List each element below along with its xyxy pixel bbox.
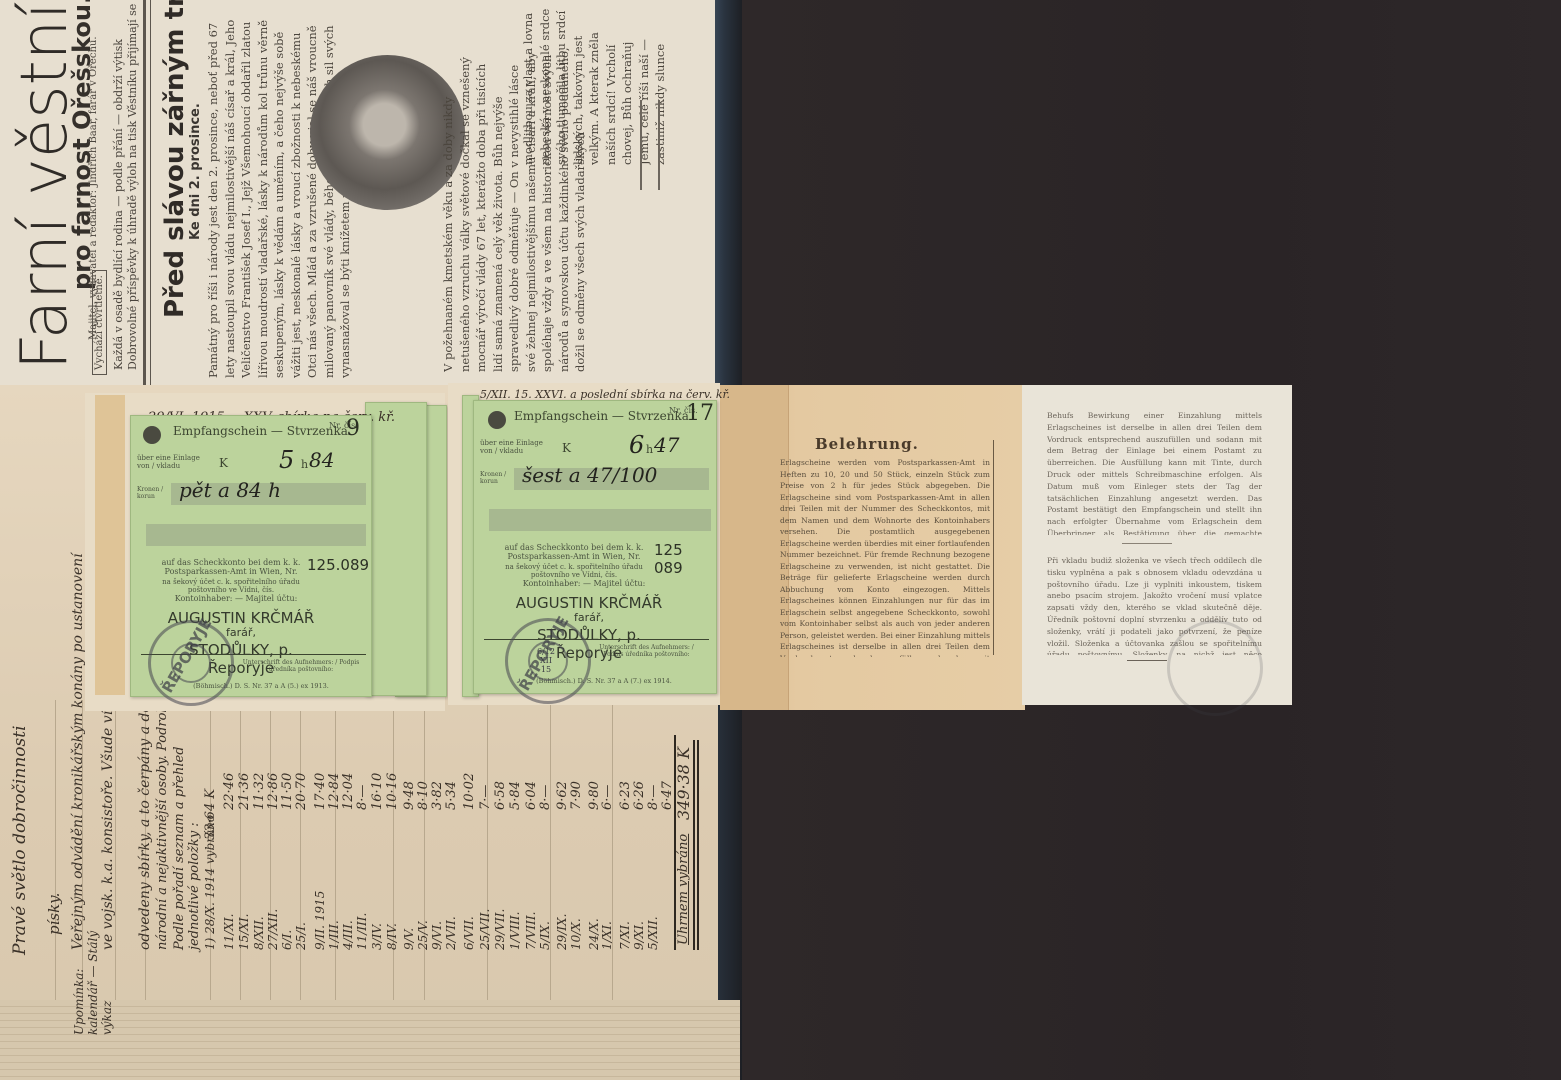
- belehrung-title: Belehrung.: [815, 435, 919, 453]
- entry-date: 9/II. 1915: [313, 891, 327, 950]
- entry-amount: 6·47: [660, 781, 675, 810]
- entry-no: 1): [203, 938, 217, 950]
- entry-date: 1/XI.: [600, 921, 614, 950]
- account-text-cz: na šekový účet c. k. spořitelního úřadu …: [151, 578, 311, 594]
- amount-in-words: pět a 84 h: [179, 478, 281, 502]
- words-label: Kronen / korun: [137, 486, 165, 500]
- ledger-heading: Pravé světlo dobročinnosti: [10, 725, 30, 955]
- entry-date: 2/VII.: [444, 916, 458, 950]
- ledger-line: ve vojsk. k.a. konsistoře. Všude vítáno: [100, 679, 116, 950]
- entry-amount: 9·62: [555, 781, 570, 810]
- entry-amount: 11·50: [280, 773, 295, 810]
- slozenka-text-de: Behufs Bewirkung einer Einzahlung mittel…: [1047, 410, 1262, 535]
- receipt-number: 17: [686, 401, 714, 426]
- ruling-line: [487, 700, 488, 1030]
- deposit-label: über eine Einlage von / vkladu: [480, 439, 550, 455]
- entry-date: 11/XI.: [222, 914, 236, 950]
- entry-amount: 7·—: [478, 785, 493, 810]
- entry-date: 8/IV.: [385, 923, 399, 950]
- entry-amount: 16·10: [370, 773, 385, 810]
- ruling-line: [550, 700, 551, 1030]
- account-text-cz: na šekový účet c. k. spořitelního úřadu …: [494, 563, 654, 579]
- column-rule: [993, 440, 994, 655]
- instructions-sheet-de: Belehrung. Erlagscheine werden vom Posts…: [720, 385, 1025, 710]
- ruling-line: [300, 700, 301, 1030]
- receipt-number: 9: [346, 416, 360, 441]
- entry-date: 4/III.: [341, 920, 355, 950]
- article-column-1b: [205, 5, 305, 175]
- newspaper-page: Farní věstník úřední pro farnost Ořešsko…: [0, 0, 715, 385]
- fold-flap: [720, 385, 789, 710]
- entry-date: 1/VIII.: [508, 912, 522, 950]
- ruling-line: [335, 700, 336, 1030]
- entry-date: 1/III.: [327, 920, 341, 950]
- entry-amount: 8·—: [538, 785, 553, 810]
- ruling-line: [55, 700, 56, 1030]
- newspaper-issue-label: Vychází čtvrtletně.: [92, 270, 107, 375]
- ledger-line: písky.: [45, 893, 63, 935]
- divider: [143, 0, 146, 385]
- entry-amount: 6·58: [493, 781, 508, 810]
- entry-date: 25/I.: [294, 922, 308, 950]
- amount-kronen: 6: [629, 431, 644, 459]
- total-rule-double: [697, 740, 699, 950]
- words-label: Kronen / korun: [480, 471, 508, 485]
- entry-date: 5/XII.: [646, 916, 660, 950]
- ruling-line: [612, 700, 613, 1030]
- divider: [1122, 543, 1172, 544]
- entry-date: 6/I.: [280, 930, 294, 950]
- entry-date: 7/VIII.: [524, 912, 538, 950]
- entry-date: 25/VII.: [478, 909, 492, 950]
- entry-amount: 7·90: [569, 781, 584, 810]
- amount-heller: 84: [309, 448, 334, 472]
- holder-label: Kontoinhaber: — Majitel účtu:: [509, 579, 659, 588]
- holder-name: AUGUSTIN KRČMÁŘ: [509, 594, 669, 612]
- postmark-stamp: [1167, 620, 1263, 716]
- entry-date: 15/XI.: [237, 914, 251, 950]
- handwritten-margin-note: 1915.: [712, 254, 715, 300]
- entry-amount: 22·46: [222, 773, 237, 810]
- ruling-line: [270, 700, 271, 1030]
- entry-amount: 8·—: [646, 785, 661, 810]
- entry-amount: 10·16: [385, 773, 400, 810]
- entry-date: 10/X.: [569, 918, 583, 950]
- entry-amount: 21·36: [237, 773, 252, 810]
- ruling-line: [240, 700, 241, 1030]
- ledger-line: národní a nejaktivnější osoby. Podrobný: [155, 688, 170, 950]
- receipt-form-title: Empfangschein — Stvrzenka: [514, 409, 689, 423]
- entry-date: 6/VII.: [462, 916, 476, 950]
- article-dateline: Ke dni 2. prosince.: [188, 103, 203, 240]
- entry-date: 25/V.: [416, 920, 430, 950]
- account-number: 125.089: [307, 556, 369, 574]
- entry-amount: 12·86: [266, 773, 281, 810]
- total-amount: 349·38 K: [674, 747, 693, 820]
- entry-amount: 3·82: [430, 781, 445, 810]
- amount-kronen: 5: [279, 446, 294, 474]
- entry-amount: 6·26: [632, 781, 647, 810]
- divider: [150, 0, 151, 385]
- account-text-de: auf das Scheckkonto bei dem k. k. Postsp…: [494, 543, 654, 561]
- blank-band: [146, 524, 366, 546]
- currency-k: K: [562, 441, 571, 455]
- entry-date: 8/XII.: [252, 916, 266, 950]
- entry-amount: 11·32: [252, 773, 267, 810]
- currency-h: h: [646, 443, 653, 456]
- receipt-form-title: Empfangschein — Stvrzenka: [173, 424, 348, 438]
- entry-amount: 6·—: [600, 785, 615, 810]
- ledger-side-note: Upomínka: kalendář — Stálý výkaz: [72, 925, 114, 1035]
- belehrung-text: Erlagscheine werden vom Postsparkassen-A…: [780, 457, 990, 657]
- amount-in-words: šest a 47/100: [522, 463, 657, 487]
- currency-h: h: [301, 458, 308, 471]
- entry-date: 7/XI.: [618, 921, 632, 950]
- entry-date: 27/XII.: [266, 909, 280, 950]
- entry-date: 24/X.: [587, 918, 601, 950]
- entry-amount: 6·04: [524, 781, 539, 810]
- entry-date: 29/VII.: [493, 909, 507, 950]
- entry-amount: 20·70: [294, 773, 309, 810]
- entry-amount: 8·10: [416, 781, 431, 810]
- article-column-3: modlitbou za vlast a lovna nebeská v nes…: [520, 5, 700, 165]
- entry-amount: 5·84: [508, 781, 523, 810]
- entry-amount: 17·40: [313, 773, 328, 810]
- holder-label: Kontoinhaber: — Majitel účtu:: [161, 594, 311, 603]
- entry-date: 29/IX.: [555, 914, 569, 950]
- entry-date: 5/IX.: [538, 921, 552, 950]
- postmark-stamp: ŘEPORYJE: [148, 620, 234, 706]
- entry-date: 28/X. 1914: [203, 868, 217, 934]
- eagle-emblem-icon: [488, 411, 506, 429]
- blank-band: [489, 509, 711, 531]
- postmark-stamp: 6/12 XII 15 ŘEPORYJE: [505, 618, 591, 704]
- entry-date: 11/III.: [355, 913, 369, 950]
- tape-strip: [95, 395, 125, 695]
- signature-label: Unterschrift des Aufnehmers: / Podpis úř…: [589, 644, 704, 658]
- entry-amount: 5·34: [444, 781, 459, 810]
- account-text-de: auf das Scheckkonto bei dem k. k. Postsp…: [151, 558, 311, 576]
- entry-date: 9/V.: [402, 928, 416, 950]
- account-number: 125 089: [654, 541, 716, 577]
- total-rule-double: [693, 740, 695, 950]
- entry-amount: 12·84: [327, 773, 342, 810]
- ledger-line: jednotlivé položky :: [187, 822, 202, 950]
- entry-amount: 12·04: [341, 773, 356, 810]
- entry-amount: 33·64 K: [203, 789, 218, 840]
- entry-amount: 10·02: [462, 773, 477, 810]
- article-headline: Před slávou zářným trůnem: [160, 0, 190, 318]
- ledger-line: Veřejným odvádění kronikářským konány po…: [70, 553, 86, 950]
- ornament-icon: [640, 100, 660, 190]
- total-label: Úhrnem vybráno: [676, 834, 691, 945]
- signature-label: Unterschrift des Aufnehmers: / Podpis úř…: [241, 659, 361, 673]
- entry-amount: 9·48: [402, 781, 417, 810]
- ledger-line: odvedeny sbírky, a to čerpány a dodány: [137, 670, 153, 950]
- newspaper-distribution-2: Dobrovolné příspěvky k úhradě výloh na t…: [126, 0, 139, 370]
- receipt-stacked: [365, 402, 427, 696]
- deposit-label: über eine Einlage von / vkladu: [137, 454, 207, 470]
- instructions-sheet-cz: Behufs Bewirkung einer Einzahlung mittel…: [1022, 385, 1292, 705]
- entry-amount: 8·—: [355, 785, 370, 810]
- currency-k: K: [219, 456, 228, 470]
- newspaper-distribution-1: Každá v osadě bydlící rodina — podle přá…: [112, 39, 125, 370]
- ruling-line: [424, 700, 425, 1030]
- ruling-line: [393, 700, 394, 1030]
- entry-amount: 6·23: [618, 781, 633, 810]
- amount-heller: 47: [654, 433, 679, 457]
- ledger-line: Podle pořadí seznam a přehled: [172, 746, 187, 950]
- book-spine: [712, 0, 742, 390]
- entry-date: 9/VI.: [430, 921, 444, 950]
- ornament-icon: [1127, 660, 1167, 661]
- entry-date: 9/XI.: [632, 921, 646, 950]
- entry-date: 3/IV.: [370, 923, 384, 950]
- eagle-emblem-icon: [143, 426, 161, 444]
